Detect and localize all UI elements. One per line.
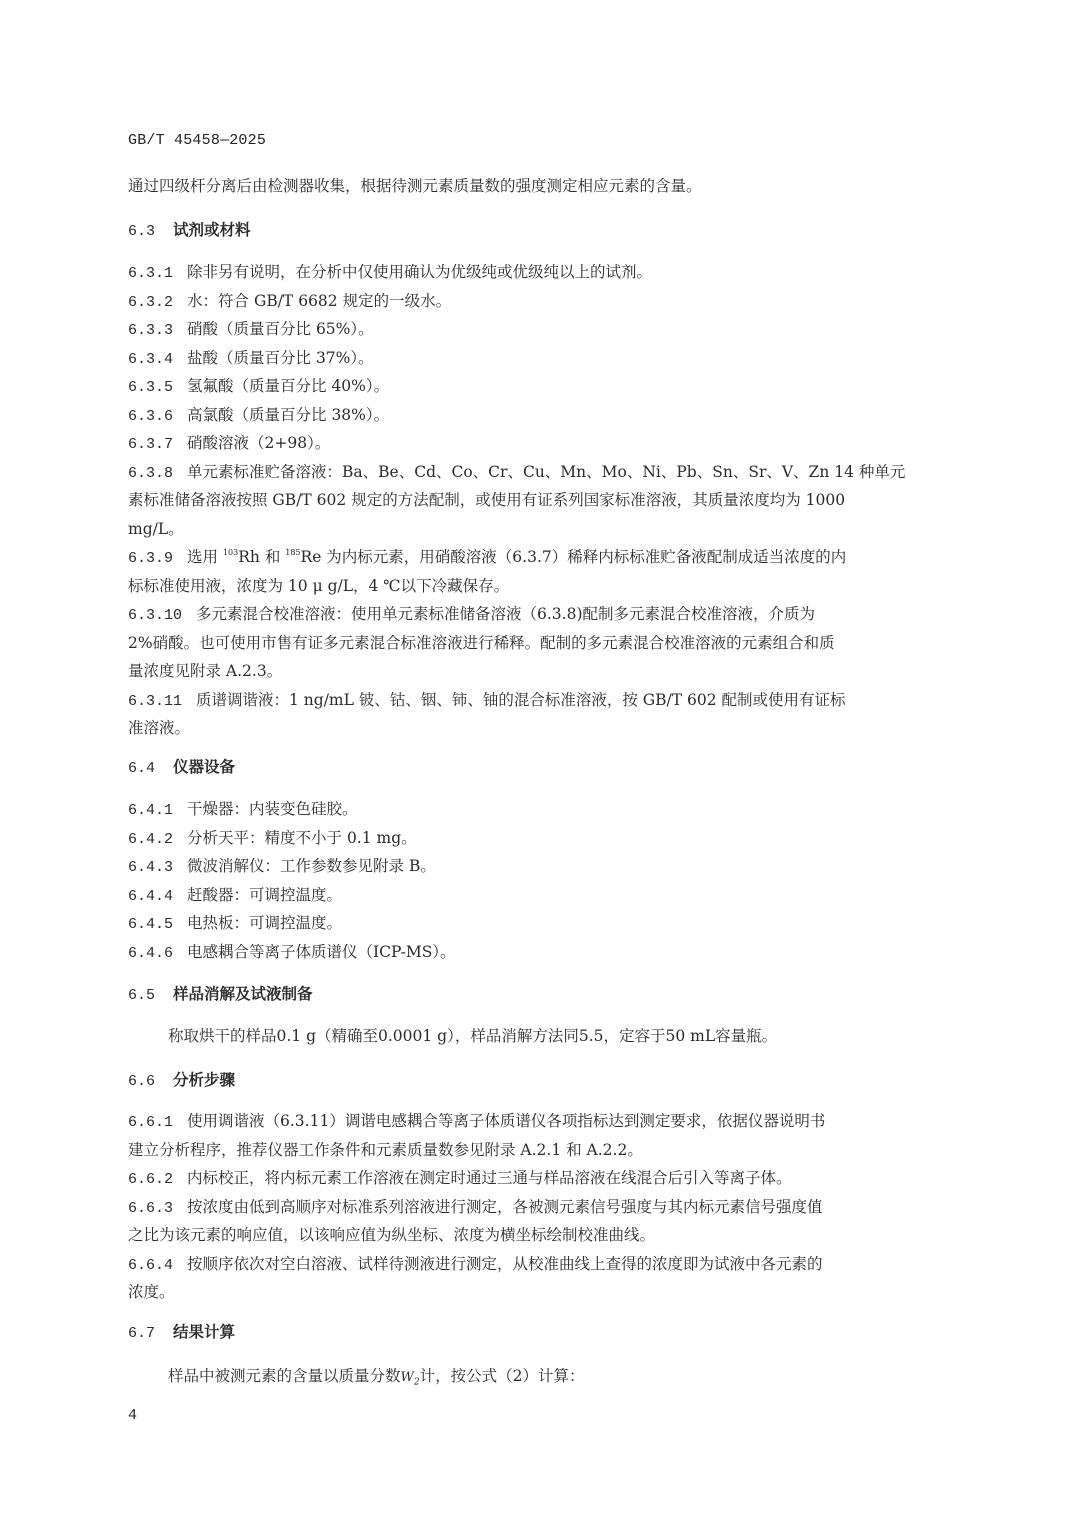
item-text: 选用 (187, 548, 223, 566)
item-number: 6.4.2 (128, 826, 173, 855)
document-page: GB/T 45458—2025 通过四级杆分离后由检测器收集，根据待测元素质量数… (0, 0, 1080, 1527)
page-number: 4 (128, 1407, 137, 1424)
section-6-5-heading: 6.5样品消解及试液制备 (128, 980, 980, 1009)
item-text-line: 建立分析程序，推荐仪器工作条件和元素质量数参见附录 A.2.1 和 A.2.2。 (128, 1136, 980, 1165)
item-number: 6.3.10 (128, 602, 182, 631)
section-6-6-items: 6.6.1使用调谐液（6.3.11）调谐电感耦合等离子体质谱仪各项指标达到测定要… (128, 1107, 980, 1307)
item-text: 高氯酸（质量百分比 38%）。 (187, 406, 389, 424)
item-text-line: 标标准使用液，浓度为 10 μ g/L，4 ℃以下冷藏保存。 (128, 572, 980, 601)
section-number: 6.6 (128, 1068, 155, 1097)
item-6-3-3: 6.3.3硝酸（质量百分比 65%）。 (128, 315, 980, 344)
item-text: 除非另有说明，在分析中仅使用确认为优级纯或优级纯以上的试剂。 (187, 263, 652, 281)
item-6-6-2: 6.6.2内标校正，将内标元素工作溶液在测定时通过三通与样品溶液在线混合后引入等… (128, 1164, 980, 1193)
item-number: 6.4.5 (128, 911, 173, 940)
item-number: 6.3.9 (128, 545, 173, 574)
item-6-4-2: 6.4.2分析天平：精度不小于 0.1 mg。 (128, 824, 980, 853)
item-number: 6.4.1 (128, 797, 173, 826)
paragraph-text: 样品中被测元素的含量以质量分数 (168, 1367, 401, 1385)
item-text-line: 单元素标准贮备溶液：Ba、Be、Cd、Co、Cr、Cu、Mn、Mo、Ni、Pb、… (187, 463, 905, 481)
item-6-4-6: 6.4.6电感耦合等离子体质谱仪（ICP-MS）。 (128, 938, 980, 967)
item-text-line: 之比为该元素的响应值，以该响应值为纵坐标、浓度为横坐标绘制校准曲线。 (128, 1221, 980, 1250)
item-6-3-10: 6.3.10多元素混合校准溶液：使用单元素标准储备溶液（6.3.8)配制多元素混… (128, 600, 980, 686)
item-text: 赶酸器：可调控温度。 (187, 886, 342, 904)
item-number: 6.3.1 (128, 260, 173, 289)
section-title: 仪器设备 (173, 758, 235, 776)
item-text-line: 内标校正，将内标元素工作溶液在测定时通过三通与样品溶液在线混合后引入等离子体。 (187, 1169, 792, 1187)
item-text-line: 使用调谐液（6.3.11）调谐电感耦合等离子体质谱仪各项指标达到测定要求，依据仪… (187, 1112, 825, 1130)
section-6-3-items: 6.3.1除非另有说明，在分析中仅使用确认为优级纯或优级纯以上的试剂。 6.3.… (128, 258, 980, 743)
item-number: 6.3.6 (128, 403, 173, 432)
item-6-6-4: 6.6.4按顺序依次对空白溶液、试样待测液进行测定，从校准曲线上查得的浓度即为试… (128, 1250, 980, 1307)
item-6-3-11: 6.3.11质谱调谐液：1 ng/mL 铍、钴、铟、铈、铀的混合标准溶液，按 G… (128, 686, 980, 743)
paragraph-text: 计，按公式（2）计算： (420, 1367, 585, 1385)
section-title: 样品消解及试液制备 (173, 985, 313, 1003)
item-number: 6.6.1 (128, 1109, 173, 1138)
item-number: 6.6.2 (128, 1166, 173, 1195)
item-number: 6.3.4 (128, 346, 173, 375)
item-text: Re 为内标元素，用硝酸溶液（6.3.7）稀释内标标准贮备液配制成适当浓度的内 (301, 548, 847, 566)
item-text: 水：符合 GB/T 6682 规定的一级水。 (187, 292, 451, 310)
standard-id-header: GB/T 45458—2025 (128, 132, 266, 149)
item-number: 6.3.8 (128, 460, 173, 489)
item-6-3-1: 6.3.1除非另有说明，在分析中仅使用确认为优级纯或优级纯以上的试剂。 (128, 258, 980, 287)
item-number: 6.3.3 (128, 317, 173, 346)
section-6-5-paragraph: 称取烘干的样品0.1 g（精确至0.0001 g），样品消解方法同5.5，定容于… (128, 1022, 980, 1051)
item-text-line: 2%硝酸。也可使用市售有证多元素混合标准溶液进行稀释。配制的多元素混合校准溶液的… (128, 629, 980, 658)
item-6-6-1: 6.6.1使用调谐液（6.3.11）调谐电感耦合等离子体质谱仪各项指标达到测定要… (128, 1107, 980, 1164)
section-number: 6.4 (128, 755, 155, 784)
item-6-3-9: 6.3.9选用 103Rh 和 185Re 为内标元素，用硝酸溶液（6.3.7）… (128, 543, 980, 600)
item-text-line: 素标准储备溶液按照 GB/T 602 规定的方法配制，或使用有证系列国家标准溶液… (128, 486, 980, 515)
item-number: 6.3.5 (128, 374, 173, 403)
item-6-3-6: 6.3.6高氯酸（质量百分比 38%）。 (128, 401, 980, 430)
section-number: 6.7 (128, 1320, 155, 1349)
item-text: 盐酸（质量百分比 37%）。 (187, 349, 374, 367)
item-text-line: 浓度。 (128, 1278, 980, 1307)
variable-symbol: W (401, 1370, 414, 1385)
item-6-3-8: 6.3.8单元素标准贮备溶液：Ba、Be、Cd、Co、Cr、Cu、Mn、Mo、N… (128, 458, 980, 544)
section-number: 6.5 (128, 982, 155, 1011)
item-text: 微波消解仪：工作参数参见附录 B。 (187, 857, 436, 875)
item-text-line: mg/L。 (128, 515, 980, 544)
mass-fraction-variable: W2 (401, 1370, 420, 1385)
section-6-4-heading: 6.4仪器设备 (128, 753, 980, 782)
section-number: 6.3 (128, 218, 155, 247)
item-number: 6.3.7 (128, 431, 173, 460)
item-number: 6.4.3 (128, 854, 173, 883)
item-number: 6.6.4 (128, 1252, 173, 1281)
section-title: 分析步骤 (173, 1071, 235, 1089)
section-6-6-heading: 6.6分析步骤 (128, 1066, 980, 1095)
item-text: 电热板：可调控温度。 (187, 914, 342, 932)
item-text-line: 量浓度见附录 A.2.3。 (128, 657, 980, 686)
intro-line: 通过四级杆分离后由检测器收集，根据待测元素质量数的强度测定相应元素的含量。 (128, 172, 980, 201)
item-number: 6.3.2 (128, 289, 173, 318)
item-6-3-4: 6.3.4盐酸（质量百分比 37%）。 (128, 344, 980, 373)
item-6-3-5: 6.3.5氢氟酸（质量百分比 40%）。 (128, 372, 980, 401)
item-number: 6.6.3 (128, 1195, 173, 1224)
section-title: 结果计算 (173, 1323, 235, 1341)
section-6-3-heading: 6.3试剂或材料 (128, 216, 980, 245)
section-6-4-items: 6.4.1干燥器：内装变色硅胶。 6.4.2分析天平：精度不小于 0.1 mg。… (128, 795, 980, 966)
item-text: 干燥器：内装变色硅胶。 (187, 800, 358, 818)
section-6-7-paragraph: 样品中被测元素的含量以质量分数W2计，按公式（2）计算： (128, 1362, 980, 1391)
item-text: 电感耦合等离子体质谱仪（ICP-MS）。 (187, 943, 456, 961)
item-6-3-2: 6.3.2水：符合 GB/T 6682 规定的一级水。 (128, 287, 980, 316)
paragraph-text: 称取烘干的样品0.1 g（精确至0.0001 g），样品消解方法同5.5，定容于… (128, 1022, 980, 1051)
item-text: 氢氟酸（质量百分比 40%）。 (187, 377, 389, 395)
item-text: 分析天平：精度不小于 0.1 mg。 (187, 829, 417, 847)
section-title: 试剂或材料 (173, 221, 251, 239)
item-6-4-5: 6.4.5电热板：可调控温度。 (128, 909, 980, 938)
section-6-7-heading: 6.7结果计算 (128, 1318, 980, 1347)
item-text-line: 多元素混合校准溶液：使用单元素标准储备溶液（6.3.8)配制多元素混合校准溶液，… (196, 605, 815, 623)
item-text-line: 按顺序依次对空白溶液、试样待测液进行测定，从校准曲线上查得的浓度即为试液中各元素… (187, 1255, 823, 1273)
isotope-mass-re: 185 (285, 548, 300, 557)
item-number: 6.4.6 (128, 940, 173, 969)
item-text-line: 按浓度由低到高顺序对标准系列溶液进行测定，各被测元素信号强度与其内标元素信号强度… (187, 1198, 823, 1216)
item-text-line: 准溶液。 (128, 714, 980, 743)
item-text-line: 质谱调谐液：1 ng/mL 铍、钴、铟、铈、铀的混合标准溶液，按 GB/T 60… (196, 691, 846, 709)
item-text: 硝酸（质量百分比 65%）。 (187, 320, 374, 338)
item-6-4-4: 6.4.4赶酸器：可调控温度。 (128, 881, 980, 910)
isotope-mass-rh: 103 (223, 548, 238, 557)
item-6-4-1: 6.4.1干燥器：内装变色硅胶。 (128, 795, 980, 824)
item-number: 6.3.11 (128, 688, 182, 717)
intro-paragraph: 通过四级杆分离后由检测器收集，根据待测元素质量数的强度测定相应元素的含量。 (128, 172, 980, 201)
item-6-3-7: 6.3.7硝酸溶液（2+98）。 (128, 429, 980, 458)
item-6-4-3: 6.4.3微波消解仪：工作参数参见附录 B。 (128, 852, 980, 881)
item-text: Rh 和 (238, 548, 285, 566)
item-number: 6.4.4 (128, 883, 173, 912)
item-6-6-3: 6.6.3按浓度由低到高顺序对标准系列溶液进行测定，各被测元素信号强度与其内标元… (128, 1193, 980, 1250)
item-text: 硝酸溶液（2+98）。 (187, 434, 330, 452)
